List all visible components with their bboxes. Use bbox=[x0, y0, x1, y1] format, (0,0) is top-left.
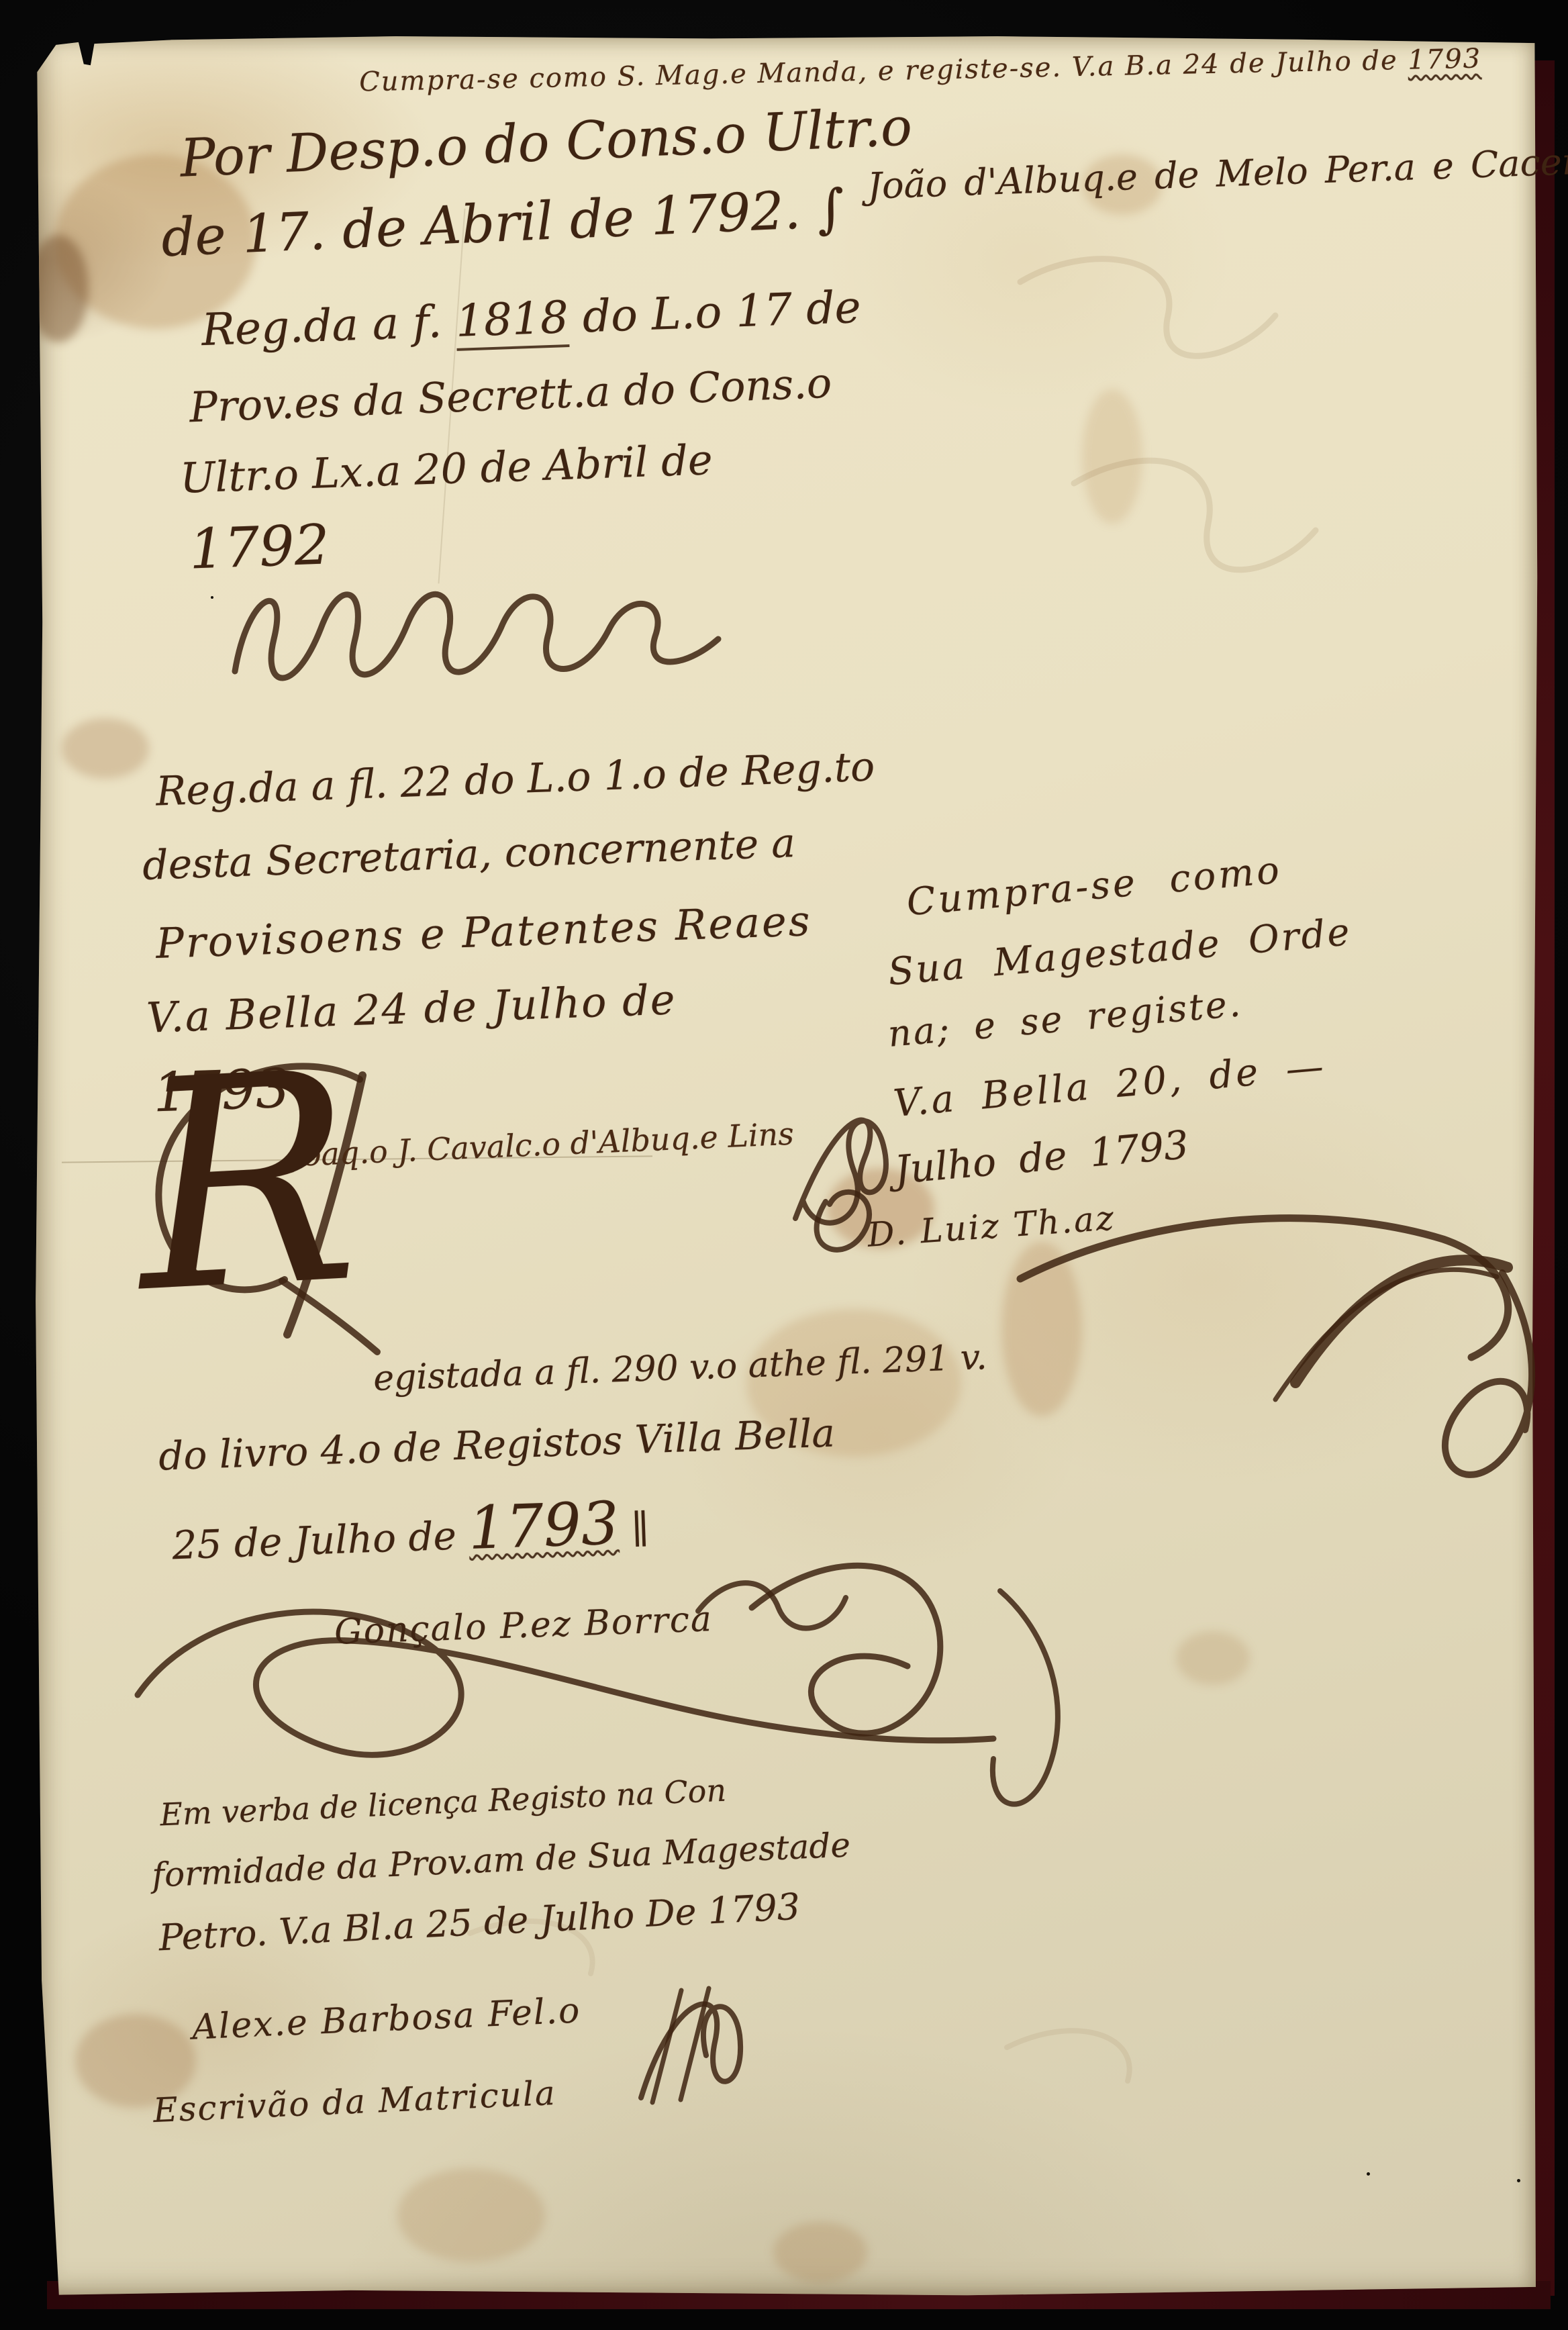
lisbon-registration-line1-pre: Reg.da a f. bbox=[201, 295, 456, 356]
stain bbox=[62, 718, 149, 779]
paper-speck bbox=[211, 596, 213, 599]
registada-initial: R bbox=[130, 1034, 362, 1333]
book-registration-year: 1793 bbox=[467, 1488, 620, 1563]
lisbon-registration-year: 1792 bbox=[188, 513, 330, 581]
stain bbox=[1176, 1631, 1250, 1685]
stain bbox=[1082, 389, 1142, 524]
header-annotation-year: 1793 bbox=[1408, 43, 1482, 75]
book-registration-line3-pre: 25 de Julho de bbox=[171, 1512, 469, 1568]
stain bbox=[28, 235, 89, 342]
paper-speck bbox=[1367, 2172, 1370, 2176]
stain bbox=[397, 2168, 545, 2262]
stain bbox=[1001, 1242, 1082, 1416]
stain bbox=[773, 2222, 867, 2282]
lisbon-registration-line1-post: do L.o 17 de bbox=[568, 281, 862, 343]
lisbon-registration-folio: 1818 bbox=[455, 291, 570, 351]
paper-speck bbox=[1517, 2179, 1520, 2182]
scanner-background: Cumpra-se como S. Mag.e Manda, e registe… bbox=[0, 0, 1568, 2330]
book-registration-line3-post: ∥ bbox=[618, 1506, 650, 1553]
